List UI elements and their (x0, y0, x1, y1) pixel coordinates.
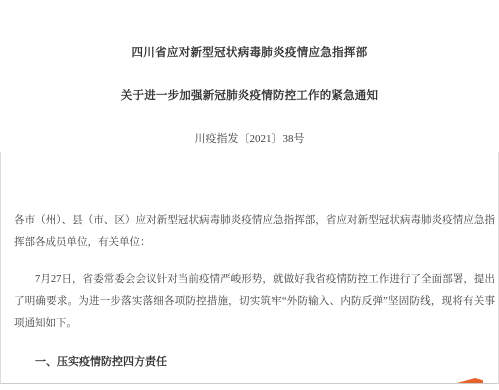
document-body: 各市（州）、县（市、区）应对新型冠状病毒肺炎疫情应急指挥部，省应对新型冠状病毒肺… (0, 152, 499, 384)
salutation-paragraph: 各市（州）、县（市、区）应对新型冠状病毒肺炎疫情应急指挥部，省应对新型冠状病毒肺… (14, 210, 495, 254)
document-number: 川疫指发〔2021〕38号 (0, 132, 499, 146)
document-page: 四川省应对新型冠状病毒肺炎疫情应急指挥部 关于进一步加强新冠肺炎疫情防控工作的紧… (0, 0, 499, 390)
orange-wedge-icon (457, 378, 483, 383)
document-header: 四川省应对新型冠状病毒肺炎疫情应急指挥部 关于进一步加强新冠肺炎疫情防控工作的紧… (0, 0, 499, 146)
document-subtitle: 关于进一步加强新冠肺炎疫情防控工作的紧急通知 (0, 60, 499, 103)
document-title: 四川省应对新型冠状病毒肺炎疫情应急指挥部 (0, 0, 499, 60)
body-paragraph: 7月27日，省委常委会会议针对当前疫情严峻形势，就做好我省疫情防控工作进行了全面… (14, 269, 495, 335)
section-heading: 一、压实疫情防控四方责任 (14, 355, 495, 370)
